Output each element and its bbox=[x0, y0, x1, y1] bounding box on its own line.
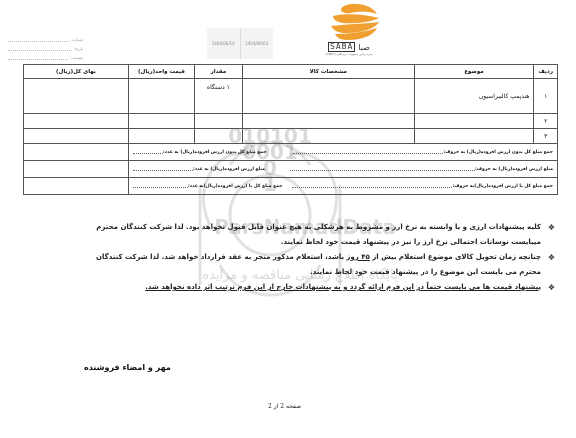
col-index: ردیف bbox=[534, 65, 558, 79]
col-total: بهای کل(ریال) bbox=[24, 65, 129, 79]
header-meta: شماره: تاریخ: پیوست: bbox=[8, 34, 83, 61]
notes-list: ❖ کلیه پیشنهادات ارزی و یا وابسته به نرخ… bbox=[95, 220, 555, 295]
date-box: 1404/06/10 1404/06/03 bbox=[207, 28, 273, 59]
summary-row-vat: مبلغ ارزش افزوده(ریال) به حروف: مبلغ ارز… bbox=[24, 161, 558, 178]
table-header-row: ردیف موضوع مشخصات کالا مقدار قیمت واحد(ر… bbox=[24, 65, 558, 79]
date-field: تاریخ: bbox=[8, 43, 83, 51]
date-label: تاریخ: bbox=[74, 46, 83, 51]
table-row: ۳ bbox=[24, 129, 558, 144]
col-qty: مقدار bbox=[194, 65, 242, 79]
note-form: ❖ پیشنهاد قیمت ها می بایست حتماً در این … bbox=[95, 280, 555, 295]
bullet-icon: ❖ bbox=[548, 250, 555, 265]
logo-wordmark: SABA صبا bbox=[313, 42, 385, 52]
qty-cell: ۱ دستگاه bbox=[194, 79, 242, 114]
logo-farsi: صبا bbox=[358, 43, 370, 52]
date-start: 1404/06/03 bbox=[240, 28, 274, 59]
number-field: شماره: bbox=[8, 34, 83, 42]
page-number: صفحه 2 از 2 bbox=[268, 403, 301, 410]
attachment-field: پیوست: bbox=[8, 52, 83, 60]
col-spec: مشخصات کالا bbox=[242, 65, 414, 79]
col-unit-price: قیمت واحد(ریال) bbox=[128, 65, 194, 79]
items-table: ردیف موضوع مشخصات کالا مقدار قیمت واحد(ر… bbox=[23, 64, 558, 195]
bullet-icon: ❖ bbox=[548, 280, 555, 295]
note-currency: ❖ کلیه پیشنهادات ارزی و یا وابسته به نرخ… bbox=[95, 220, 555, 250]
table-row: ۲ bbox=[24, 114, 558, 129]
bullet-icon: ❖ bbox=[548, 220, 555, 235]
summary-row-with-vat: جمع مبلغ کل با ارزش افزوده(ریال)به حروف:… bbox=[24, 178, 558, 195]
date-end: 1404/06/10 bbox=[207, 28, 240, 59]
note-delivery: ❖ چنانچه زمان تحویل کالای موضوع استعلام … bbox=[95, 250, 555, 280]
summary-row-without-vat: جمع مبلغ کل بدون ارزش افزوده(ریال) به حر… bbox=[24, 144, 558, 161]
attachment-label: پیوست: bbox=[70, 55, 83, 60]
subject-cell: هندپمپ کالیبراسیون bbox=[414, 79, 534, 114]
saba-logo-icon bbox=[311, 2, 391, 66]
logo-subtitle: پنجره پردازی و تجهیزات نیرو گاهی (ICMLIT… bbox=[313, 53, 385, 56]
table-row: ۱ هندپمپ کالیبراسیون ۱ دستگاه bbox=[24, 79, 558, 114]
seller-signature-label: مهر و امضاء فروشنده bbox=[84, 363, 171, 372]
logo-latin: SABA bbox=[328, 42, 355, 52]
number-label: شماره: bbox=[71, 37, 83, 42]
col-subject: موضوع bbox=[414, 65, 534, 79]
delivery-days: ۴۵ روز bbox=[346, 253, 369, 261]
